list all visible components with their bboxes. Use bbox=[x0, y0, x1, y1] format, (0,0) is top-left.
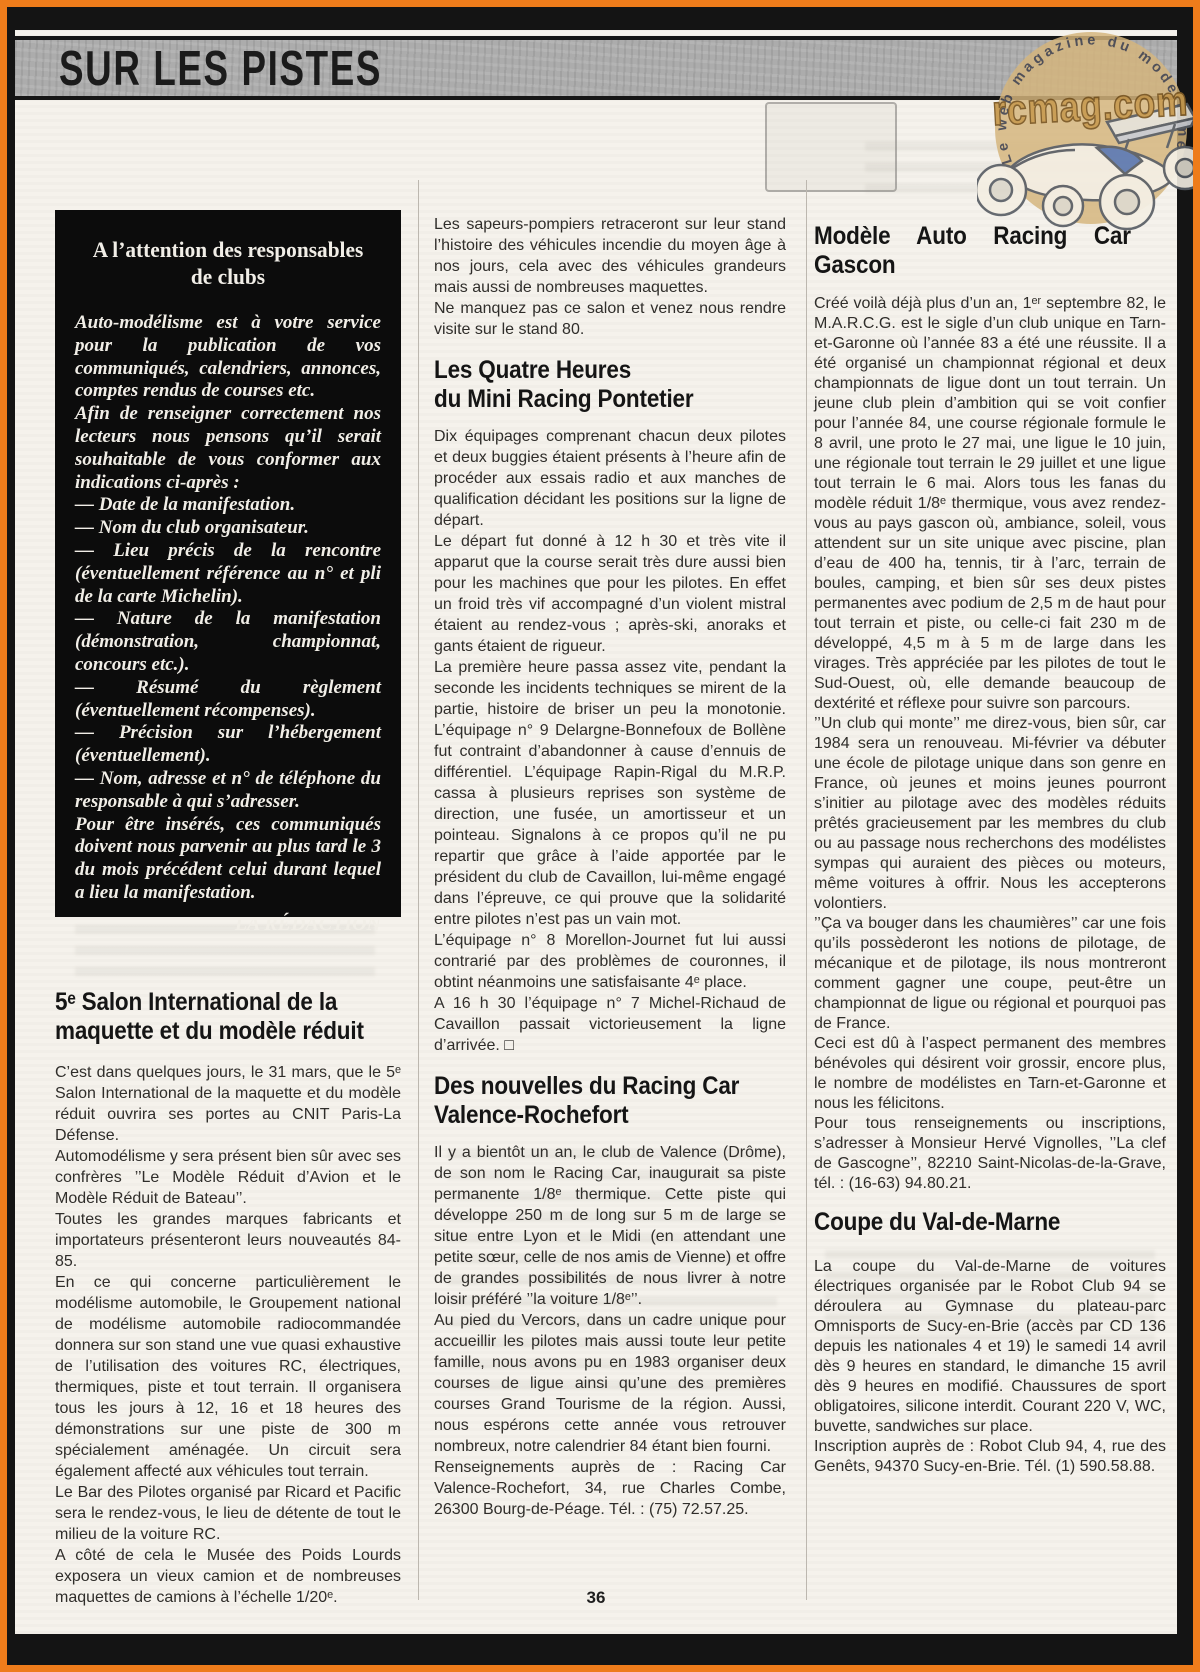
notice-signature: LA RÉDACTION bbox=[75, 913, 381, 936]
article-paragraph: Les sapeurs-pompiers retraceront sur leu… bbox=[434, 214, 786, 298]
article-paragraph: Automodélisme y sera présent bien sûr av… bbox=[55, 1146, 401, 1209]
notice-list-item: — Lieu précis de la rencontre (éventuell… bbox=[75, 540, 381, 608]
article-heading: Des nouvelles du Racing Car Valence-Roch… bbox=[434, 1072, 751, 1130]
article-paragraph: Pour tous renseignements ou inscriptions… bbox=[814, 1114, 1166, 1194]
column-divider bbox=[418, 180, 419, 1600]
article-paragraph: C’est dans quelques jours, le 31 mars, q… bbox=[55, 1062, 401, 1146]
article-paragraph: En ce qui concerne particulièrement le m… bbox=[55, 1272, 401, 1482]
article-paragraph: Renseignements auprès de : Racing Car Va… bbox=[434, 1457, 786, 1520]
notice-list-item: — Résumé du règlement (éventuellement ré… bbox=[75, 677, 381, 723]
article-paragraph: Le Bar des Pilotes organisé par Ricard e… bbox=[55, 1482, 401, 1545]
article-paragraph: Ceci est dû à l’aspect permanent des mem… bbox=[814, 1034, 1166, 1114]
notice-list-item: — Nom du club organisateur. bbox=[75, 517, 381, 540]
notice-list-item: — Nature de la manifestation (démonstrat… bbox=[75, 608, 381, 676]
article-paragraph: Inscription auprès de : Robot Club 94, 4… bbox=[814, 1437, 1166, 1477]
article-paragraph: Le départ fut donné à 12 h 30 et très vi… bbox=[434, 531, 786, 657]
page-number: 36 bbox=[15, 1588, 1177, 1608]
article-salon-international: 5ᵉ Salon International de la maquette et… bbox=[55, 988, 401, 1608]
article-paragraph: L’équipage n° 8 Morellon-Journet fut lui… bbox=[434, 930, 786, 993]
article-heading: Les Quatre Heures du Mini Racing Ponteti… bbox=[434, 356, 751, 414]
rcmag-watermark: Le web magazine du modelisme rcmag.com bbox=[977, 16, 1200, 248]
notice-paragraph: Afin de renseigner correctement nos lect… bbox=[75, 403, 381, 494]
editorial-notice-box: A l’attention des responsables de clubs … bbox=[55, 210, 401, 917]
article-paragraph: ’’Ça va bouger dans les chaumières’’ car… bbox=[814, 914, 1166, 1034]
notice-title: A l’attention des responsables de clubs bbox=[80, 236, 377, 290]
column-divider bbox=[806, 180, 807, 1600]
section-title: SUR LES PISTES bbox=[59, 38, 382, 97]
article-paragraph: Ne manquez pas ce salon et venez nous re… bbox=[434, 298, 786, 340]
article-heading: 5ᵉ Salon International de la maquette et… bbox=[55, 988, 366, 1046]
article-paragraph: Il y a bientôt un an, le club de Valence… bbox=[434, 1142, 786, 1310]
notice-paragraph: Pour être insérés, ces communiqués doive… bbox=[75, 814, 381, 905]
notice-list-item: — Précision sur l’hébergement (éventuell… bbox=[75, 722, 381, 768]
column-right: Modèle Auto Racing Car Gascon Créé voilà… bbox=[814, 222, 1166, 1477]
article-paragraph: ’’Un club qui monte’’ me direz-vous, bie… bbox=[814, 714, 1166, 914]
magazine-page-scan: SUR LES PISTES A l’attention des respons… bbox=[0, 0, 1200, 1672]
article-paragraph: A 16 h 30 l’équipage n° 7 Michel-Richaud… bbox=[434, 993, 786, 1056]
column-middle: Les sapeurs-pompiers retraceront sur leu… bbox=[434, 214, 786, 1520]
article-paragraph: Dix équipages comprenant chacun deux pil… bbox=[434, 426, 786, 531]
article-paragraph: La coupe du Val-de-Marne de voitures éle… bbox=[814, 1257, 1166, 1437]
magazine-page: SUR LES PISTES A l’attention des respons… bbox=[15, 30, 1177, 1634]
article-heading: Coupe du Val-de-Marne bbox=[814, 1208, 1131, 1237]
article-paragraph: Au pied du Vercors, dans un cadre unique… bbox=[434, 1310, 786, 1457]
article-paragraph: Créé voilà déjà plus d’un an, 1ᵉʳ septem… bbox=[814, 294, 1166, 714]
article-paragraph: Toutes les grandes marques fabricants et… bbox=[55, 1209, 401, 1272]
article-paragraph: La première heure passa assez vite, pend… bbox=[434, 657, 786, 930]
notice-paragraph: Auto-modélisme est à votre service pour … bbox=[75, 312, 381, 403]
notice-list-item: — Nom, adresse et n° de téléphone du res… bbox=[75, 768, 381, 814]
notice-list-item: — Date de la manifestation. bbox=[75, 494, 381, 517]
